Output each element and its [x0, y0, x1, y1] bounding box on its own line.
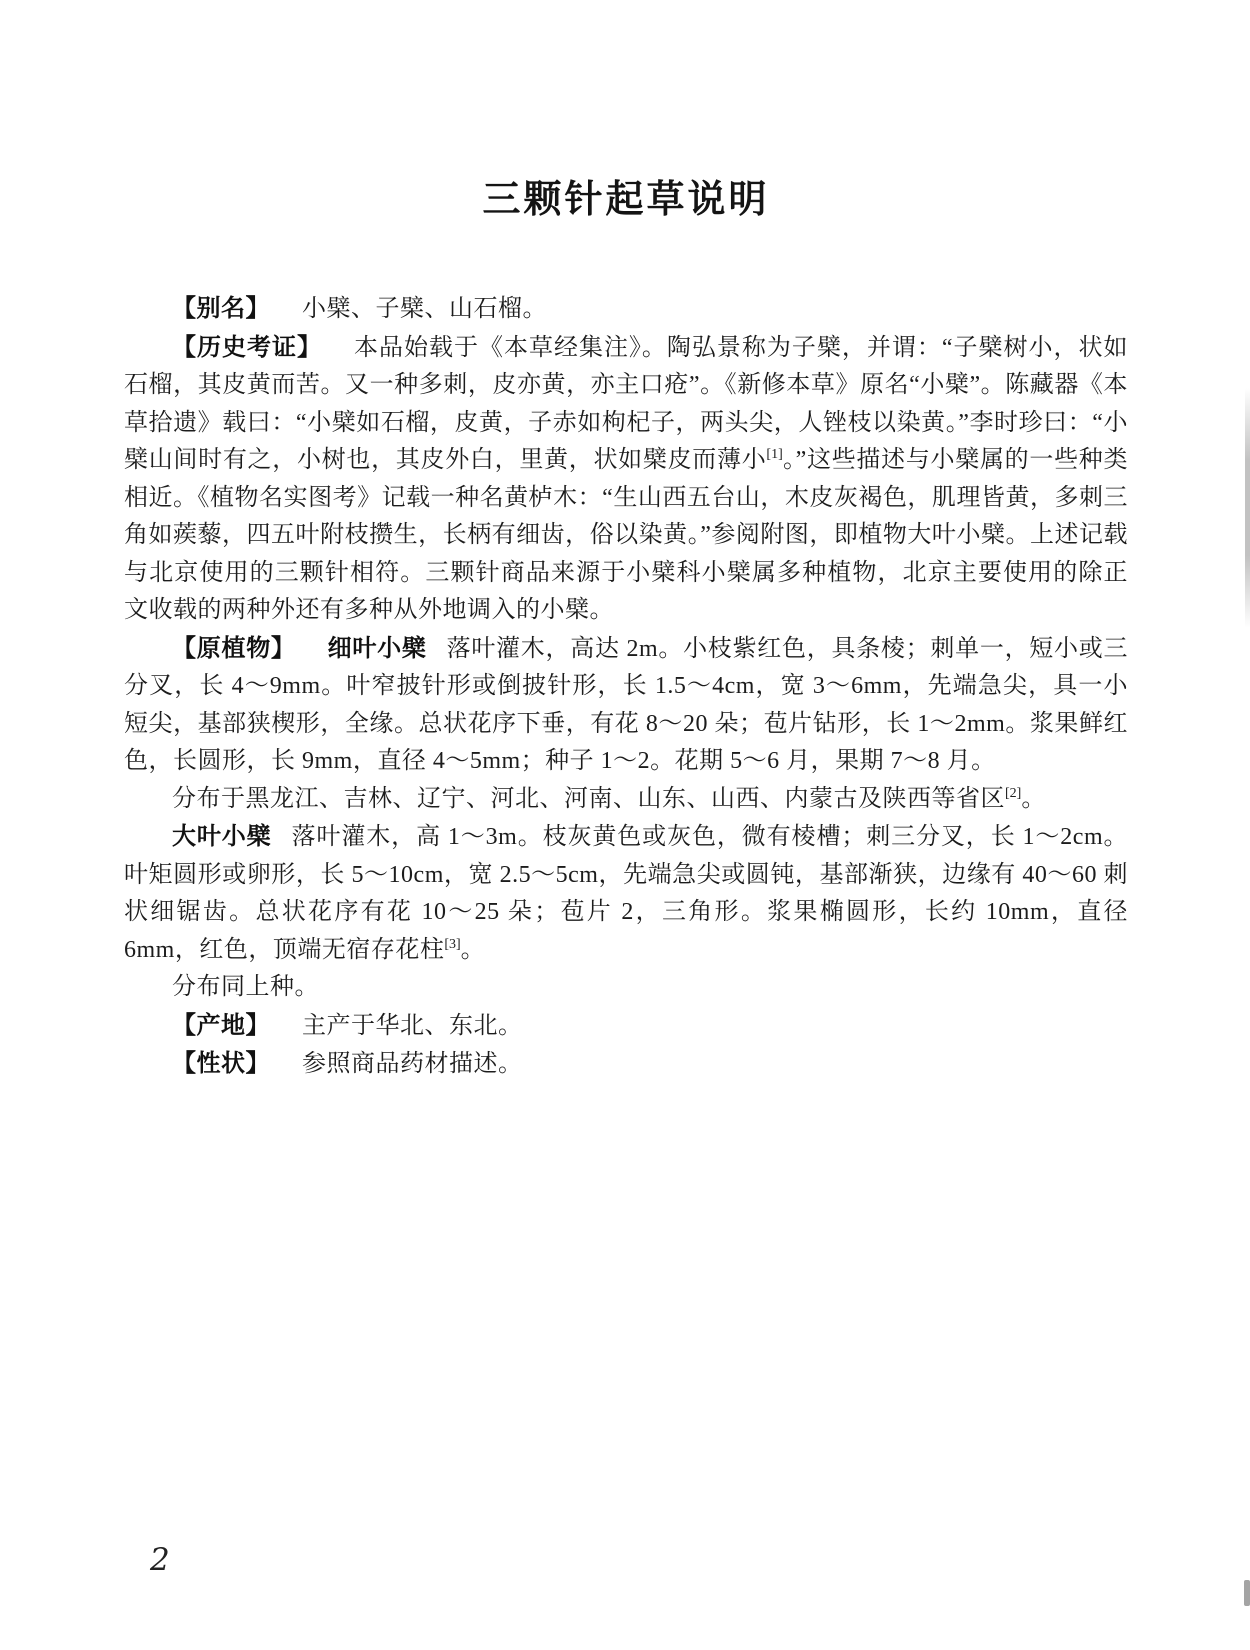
species1-name: 细叶小檗: [328, 635, 427, 662]
section-label-origin: 【产地】: [172, 1012, 270, 1039]
species1-distribution-period: 。: [1021, 786, 1046, 812]
document-content: 三颗针起草说明 【别名】小檗、子檗、山石榴。 【历史考证】本品始载于《本草经集注…: [124, 176, 1128, 1084]
paragraph-species1-distribution: 分布于黑龙江、吉林、辽宁、河北、河南、山东、山西、内蒙古及陕西等省区[2]。: [124, 781, 1128, 819]
species2-description: 落叶灌木，高 1～3m。枝灰黄色或灰色，微有棱槽；刺三分叉，长 1～2cm。叶矩…: [124, 824, 1128, 963]
species2-name: 大叶小檗: [172, 823, 272, 850]
page-title: 三颗针起草说明: [124, 176, 1128, 224]
scan-artifact-bottom-right: [1244, 1580, 1250, 1606]
paragraph-history: 【历史考证】本品始载于《本草经集注》。陶弘景称为子檗，并谓：“子檗树小，状如石榴…: [124, 329, 1128, 630]
section-label-plant: 【原植物】: [172, 635, 296, 662]
section-label-character: 【性状】: [172, 1050, 270, 1077]
alias-text: 小檗、子檗、山石榴。: [302, 296, 547, 322]
paragraph-plant-species2: 大叶小檗落叶灌木，高 1～3m。枝灰黄色或灰色，微有棱槽；刺三分叉，长 1～2c…: [124, 818, 1128, 969]
species2-description-period: 。: [461, 937, 486, 963]
paragraph-origin: 【产地】主产于华北、东北。: [124, 1007, 1128, 1046]
reference-superscript-3: [3]: [444, 937, 460, 952]
species1-distribution-text: 分布于黑龙江、吉林、辽宁、河北、河南、山东、山西、内蒙古及陕西等省区: [172, 786, 1005, 812]
scan-artifact-right-edge: [1245, 388, 1250, 628]
history-text-2: 。”这些描述与小檗属的一些种类相近。《植物名实图考》记载一种名黄栌木：“生山西五…: [124, 447, 1128, 623]
paragraph-plant-species1: 【原植物】细叶小檗落叶灌木，高达 2m。小枝紫红色，具条棱；刺单一，短小或三分叉…: [124, 630, 1128, 781]
species2-distribution-text: 分布同上种。: [172, 974, 319, 1000]
section-label-history: 【历史考证】: [172, 334, 322, 361]
origin-text: 主产于华北、东北。: [302, 1013, 523, 1039]
paragraph-character: 【性状】参照商品药材描述。: [124, 1045, 1128, 1084]
section-label-alias: 【别名】: [172, 295, 270, 322]
character-text: 参照商品药材描述。: [302, 1051, 523, 1077]
reference-superscript-2: [2]: [1005, 786, 1021, 801]
document-page: 三颗针起草说明 【别名】小檗、子檗、山石榴。 【历史考证】本品始载于《本草经集注…: [0, 0, 1250, 1650]
reference-superscript-1: [1]: [766, 447, 782, 462]
paragraph-alias: 【别名】小檗、子檗、山石榴。: [124, 290, 1128, 329]
paragraph-species2-distribution: 分布同上种。: [124, 969, 1128, 1007]
document-body: 【别名】小檗、子檗、山石榴。 【历史考证】本品始载于《本草经集注》。陶弘景称为子…: [124, 290, 1128, 1084]
page-number: 2: [150, 1542, 170, 1578]
